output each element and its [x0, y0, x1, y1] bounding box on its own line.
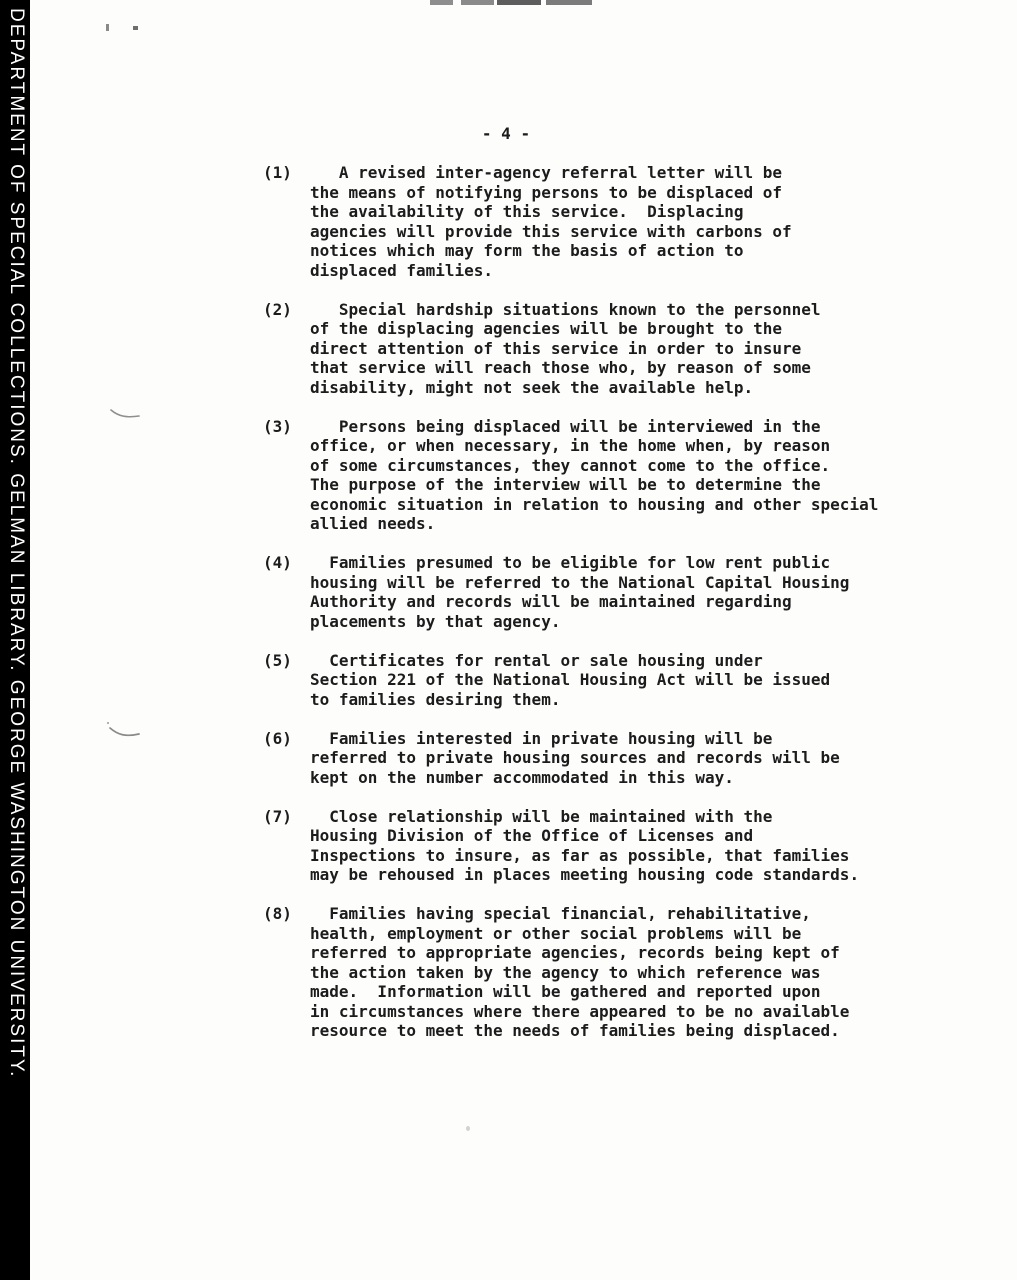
paragraph-line: The purpose of the interview will be to …	[310, 475, 910, 495]
paragraph-line: Families interested in private housing w…	[310, 729, 910, 749]
paragraph-line: notices which may form the basis of acti…	[310, 241, 910, 261]
paragraph-line: referred to private housing sources and …	[310, 748, 910, 768]
scan-speck	[106, 24, 109, 31]
scan-speck	[466, 1126, 470, 1131]
paragraph-line: Authority and records will be maintained…	[310, 592, 910, 612]
paragraph-line: of the displacing agencies will be broug…	[310, 319, 910, 339]
library-stamp-text: DEPARTMENT OF SPECIAL COLLECTIONS. GELMA…	[1, 8, 30, 1078]
paragraph-number: (5)	[263, 651, 292, 671]
paragraph-line: Close relationship will be maintained wi…	[310, 807, 910, 827]
scan-edge-mark	[546, 0, 592, 5]
paragraph-lines: Close relationship will be maintained wi…	[310, 807, 910, 885]
paragraph-number: (1)	[263, 163, 292, 183]
paragraph-line: Inspections to insure, as far as possibl…	[310, 846, 910, 866]
paragraph-line: economic situation in relation to housin…	[310, 495, 910, 515]
pencil-check-mark	[110, 408, 142, 422]
paragraph-line: the means of notifying persons to be dis…	[310, 183, 910, 203]
paragraph: (3) Persons being displaced will be inte…	[310, 417, 910, 534]
paragraph-number: (3)	[263, 417, 292, 437]
library-stamp-bar: DEPARTMENT OF SPECIAL COLLECTIONS. GELMA…	[0, 0, 30, 1280]
paragraph-line: of some circumstances, they cannot come …	[310, 456, 910, 476]
paragraph: (1) A revised inter-agency referral lett…	[310, 163, 910, 280]
scan-edge-mark	[461, 0, 494, 5]
paragraph-line: Special hardship situations known to the…	[310, 300, 910, 320]
paragraph-line: placements by that agency.	[310, 612, 910, 632]
paragraph-line: Families presumed to be eligible for low…	[310, 553, 910, 573]
paragraph-line: disability, might not seek the available…	[310, 378, 910, 398]
paragraph-number: (7)	[263, 807, 292, 827]
scan-edge-mark	[497, 0, 541, 5]
paragraph-line: the availability of this service. Displa…	[310, 202, 910, 222]
paragraph: (5) Certificates for rental or sale hous…	[310, 651, 910, 710]
paragraph-lines: Certificates for rental or sale housing …	[310, 651, 910, 710]
paragraph-line: health, employment or other social probl…	[310, 924, 910, 944]
paragraph-line: made. Information will be gathered and r…	[310, 982, 910, 1002]
paragraph-line: referred to appropriate agencies, record…	[310, 943, 910, 963]
paragraph-line: that service will reach those who, by re…	[310, 358, 910, 378]
paragraph: (2) Special hardship situations known to…	[310, 300, 910, 398]
paragraph-line: displaced families.	[310, 261, 910, 281]
paragraph-line: Persons being displaced will be intervie…	[310, 417, 910, 437]
paragraph-lines: A revised inter-agency referral letter w…	[310, 163, 910, 280]
paragraph-number: (2)	[263, 300, 292, 320]
paragraph-line: in circumstances where there appeared to…	[310, 1002, 910, 1022]
paragraph-line: Families having special financial, rehab…	[310, 904, 910, 924]
pencil-check-mark	[106, 720, 142, 742]
paragraph-line: resource to meet the needs of families b…	[310, 1021, 910, 1041]
paragraph-number: (4)	[263, 553, 292, 573]
paragraph-line: Housing Division of the Office of Licens…	[310, 826, 910, 846]
paragraph-line: direct attention of this service in orde…	[310, 339, 910, 359]
paragraph-line: to families desiring them.	[310, 690, 910, 710]
paragraph-line: office, or when necessary, in the home w…	[310, 436, 910, 456]
page-number: - 4 -	[430, 124, 582, 144]
paragraph-lines: Families having special financial, rehab…	[310, 904, 910, 1041]
paragraph-line: kept on the number accommodated in this …	[310, 768, 910, 788]
paragraph-line: allied needs.	[310, 514, 910, 534]
paragraph-line: housing will be referred to the National…	[310, 573, 910, 593]
paragraph-lines: Persons being displaced will be intervie…	[310, 417, 910, 534]
scan-edge-mark	[430, 0, 453, 5]
paragraph-lines: Families interested in private housing w…	[310, 729, 910, 788]
paragraph-number: (6)	[263, 729, 292, 749]
paragraph: (7) Close relationship will be maintaine…	[310, 807, 910, 885]
document-body: (1) A revised inter-agency referral lett…	[310, 163, 910, 1060]
paragraph-number: (8)	[263, 904, 292, 924]
paragraph-lines: Special hardship situations known to the…	[310, 300, 910, 398]
paragraph-line: may be rehoused in places meeting housin…	[310, 865, 910, 885]
scanned-document-page: DEPARTMENT OF SPECIAL COLLECTIONS. GELMA…	[0, 0, 1017, 1280]
paragraph: (4) Families presumed to be eligible for…	[310, 553, 910, 631]
scan-speck	[133, 26, 138, 30]
paragraph: (6) Families interested in private housi…	[310, 729, 910, 788]
paragraph-line: A revised inter-agency referral letter w…	[310, 163, 910, 183]
paragraph-line: agencies will provide this service with …	[310, 222, 910, 242]
paragraph-lines: Families presumed to be eligible for low…	[310, 553, 910, 631]
paragraph-line: the action taken by the agency to which …	[310, 963, 910, 983]
paragraph: (8) Families having special financial, r…	[310, 904, 910, 1041]
paragraph-line: Certificates for rental or sale housing …	[310, 651, 910, 671]
paragraph-line: Section 221 of the National Housing Act …	[310, 670, 910, 690]
